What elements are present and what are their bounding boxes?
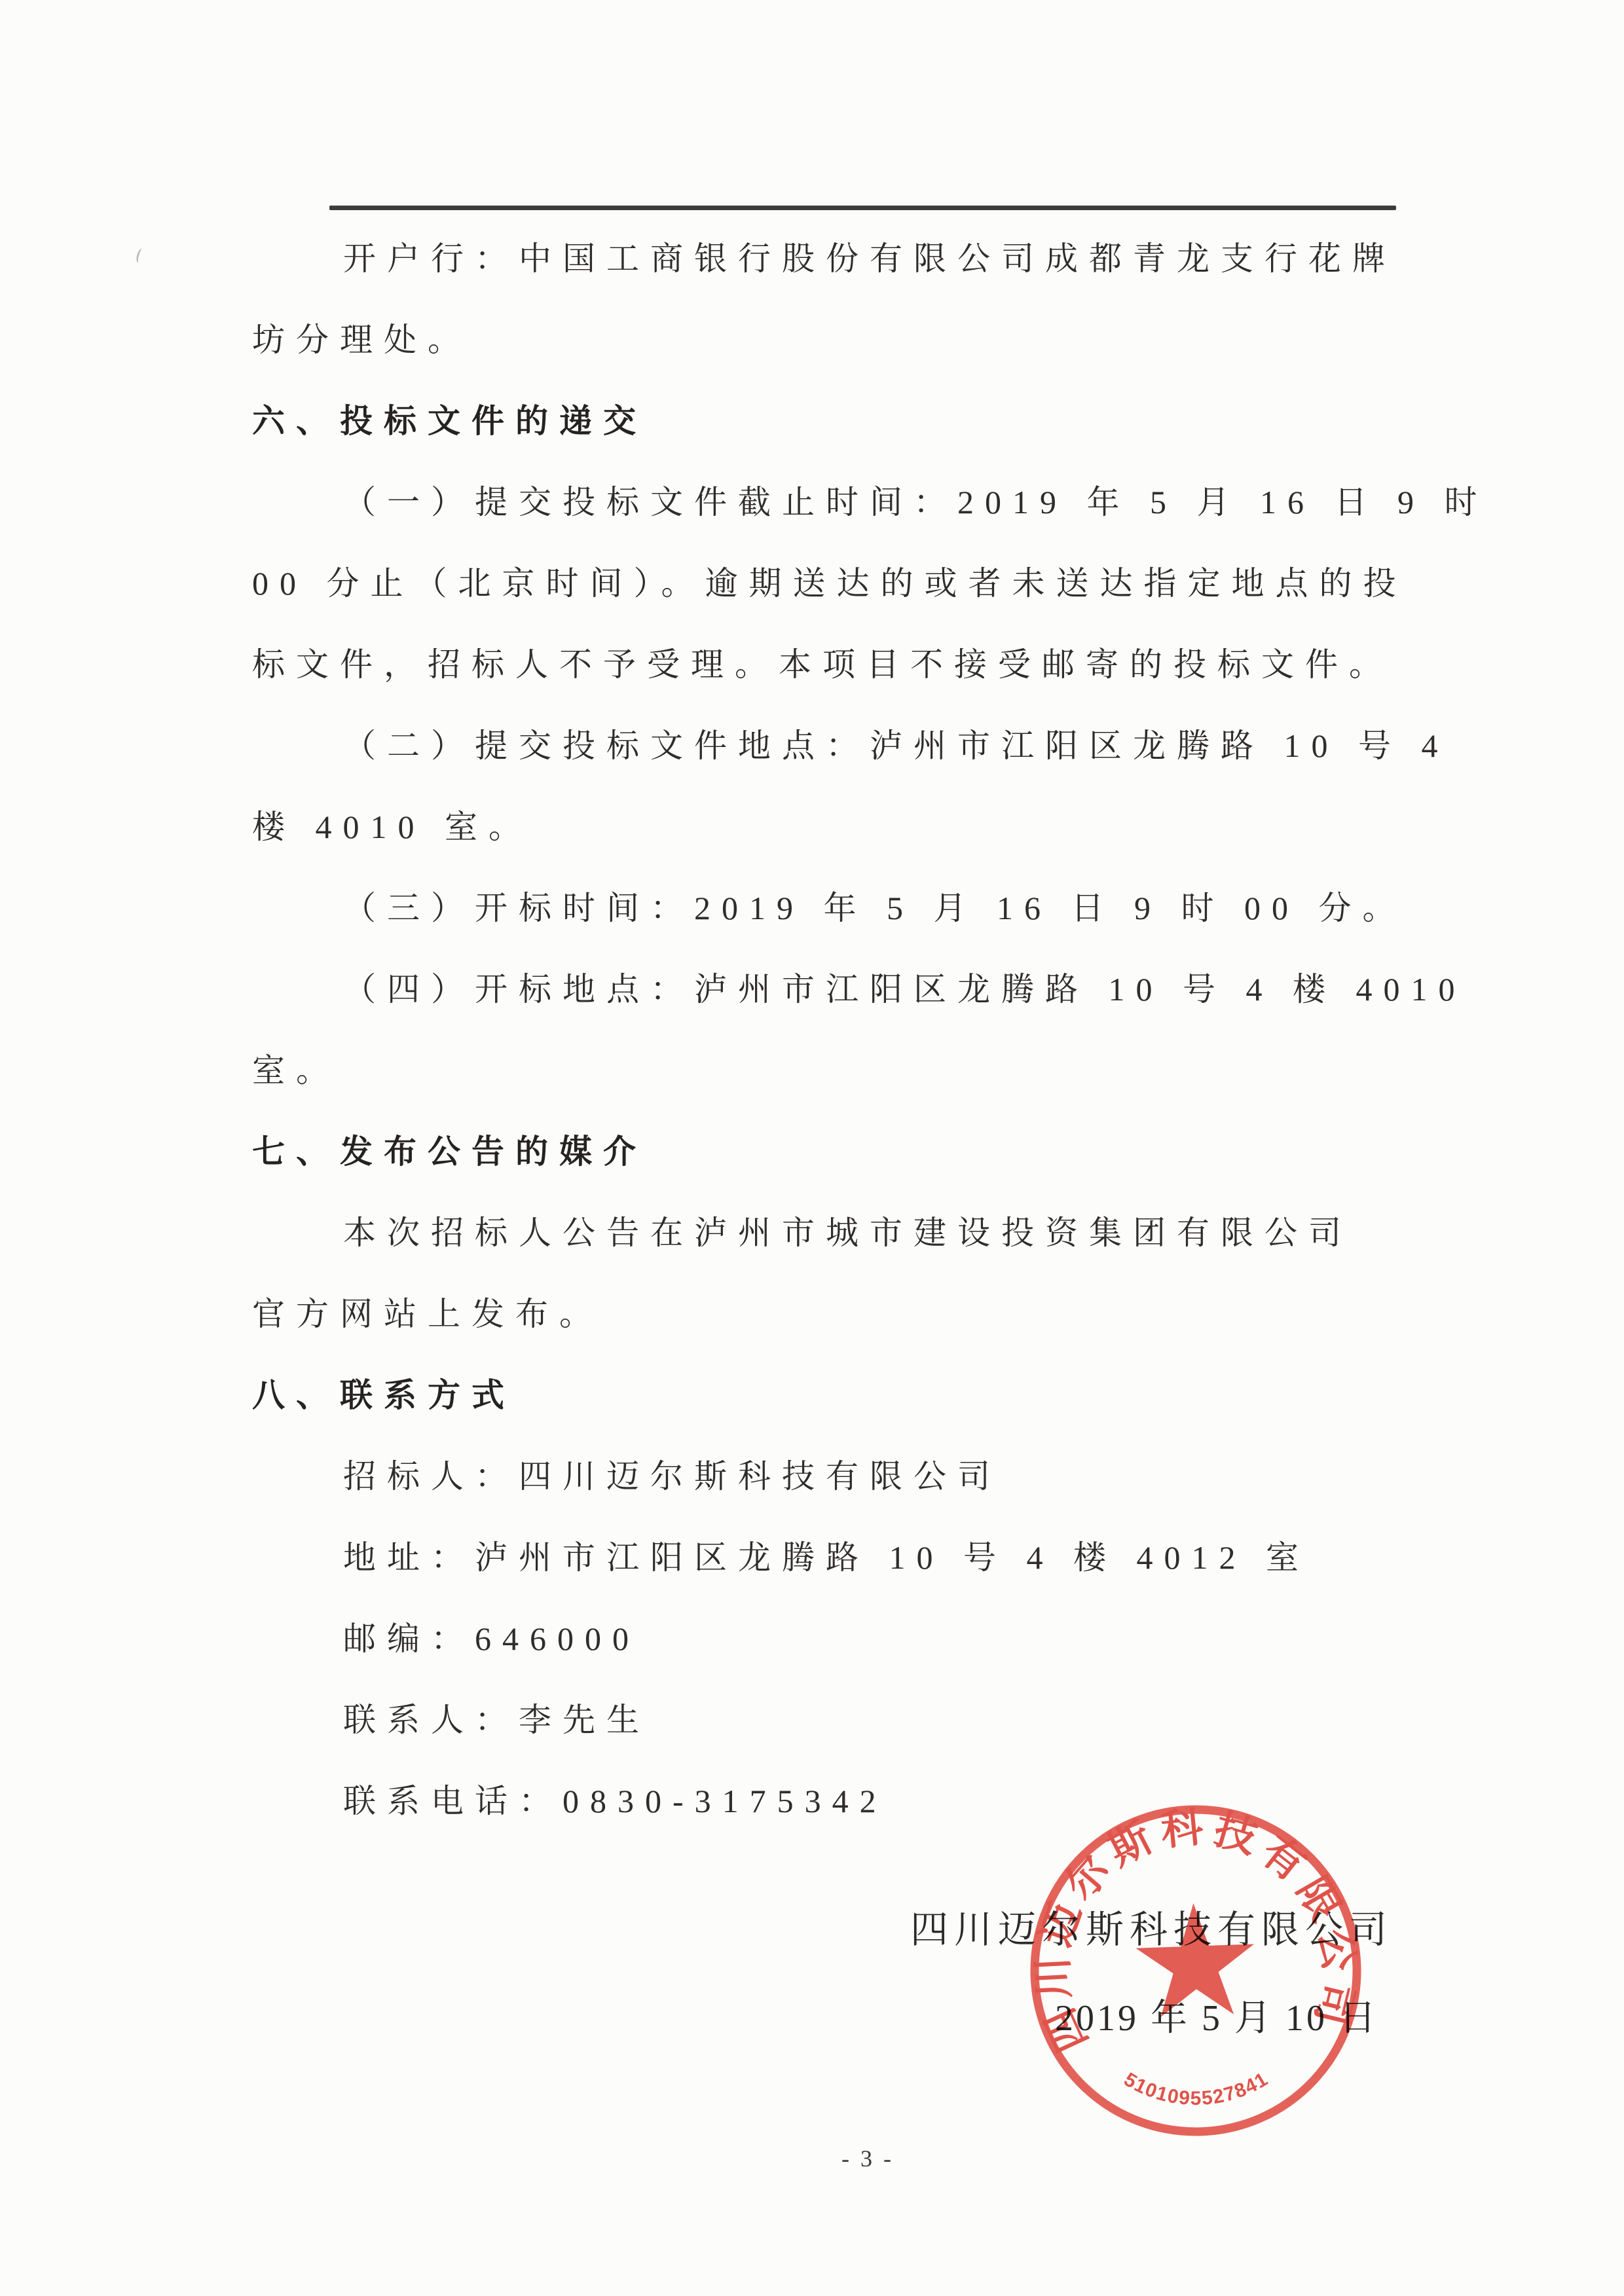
scan-artifact-mark	[135, 248, 145, 264]
doc-line: 招标人：四川迈尔斯科技有限公司	[252, 1436, 1431, 1517]
doc-line: 联系人：李先生	[252, 1679, 1431, 1760]
page-number: - 3 -	[815, 2145, 920, 2172]
section-heading: 七、发布公告的媒介	[252, 1111, 1431, 1192]
seal-serial-arc-text: 5101095527841	[1120, 2064, 1272, 2112]
doc-line: 邮编：646000	[252, 1598, 1431, 1679]
doc-line: 楼 4010 室。	[252, 786, 1431, 867]
doc-line: （三）开标时间：2019 年 5 月 16 日 9 时 00 分。	[252, 867, 1431, 949]
seal-star-icon	[1134, 1901, 1257, 2018]
doc-line: 本次招标人公告在泸州市城市建设投资集团有限公司	[252, 1192, 1431, 1273]
horizontal-rule	[329, 206, 1396, 210]
doc-line: 官方网站上发布。	[252, 1273, 1431, 1355]
doc-line: 开户行：中国工商银行股份有限公司成都青龙支行花牌	[252, 218, 1431, 299]
doc-line: 室。	[252, 1030, 1431, 1111]
doc-line: （二）提交投标文件地点：泸州市江阳区龙腾路 10 号 4	[252, 705, 1431, 786]
doc-line: 00 分止（北京时间）。逾期送达的或者未送达指定地点的投	[252, 543, 1431, 624]
doc-line: 地址：泸州市江阳区龙腾路 10 号 4 楼 4012 室	[252, 1517, 1431, 1598]
company-seal-stamp: 四川迈尔斯科技有限公司 5101095527841	[1020, 1795, 1372, 2147]
doc-line: （四）开标地点：泸州市江阳区龙腾路 10 号 4 楼 4010	[252, 949, 1431, 1030]
doc-line: （一）提交投标文件截止时间：2019 年 5 月 16 日 9 时	[252, 462, 1431, 543]
section-heading: 六、投标文件的递交	[252, 380, 1431, 462]
doc-line: 标文件，招标人不予受理。本项目不接受邮寄的投标文件。	[252, 624, 1431, 705]
section-heading: 八、联系方式	[252, 1355, 1431, 1436]
document-body: 开户行：中国工商银行股份有限公司成都青龙支行花牌 坊分理处。 六、投标文件的递交…	[252, 218, 1431, 1842]
doc-line: 坊分理处。	[252, 299, 1431, 380]
